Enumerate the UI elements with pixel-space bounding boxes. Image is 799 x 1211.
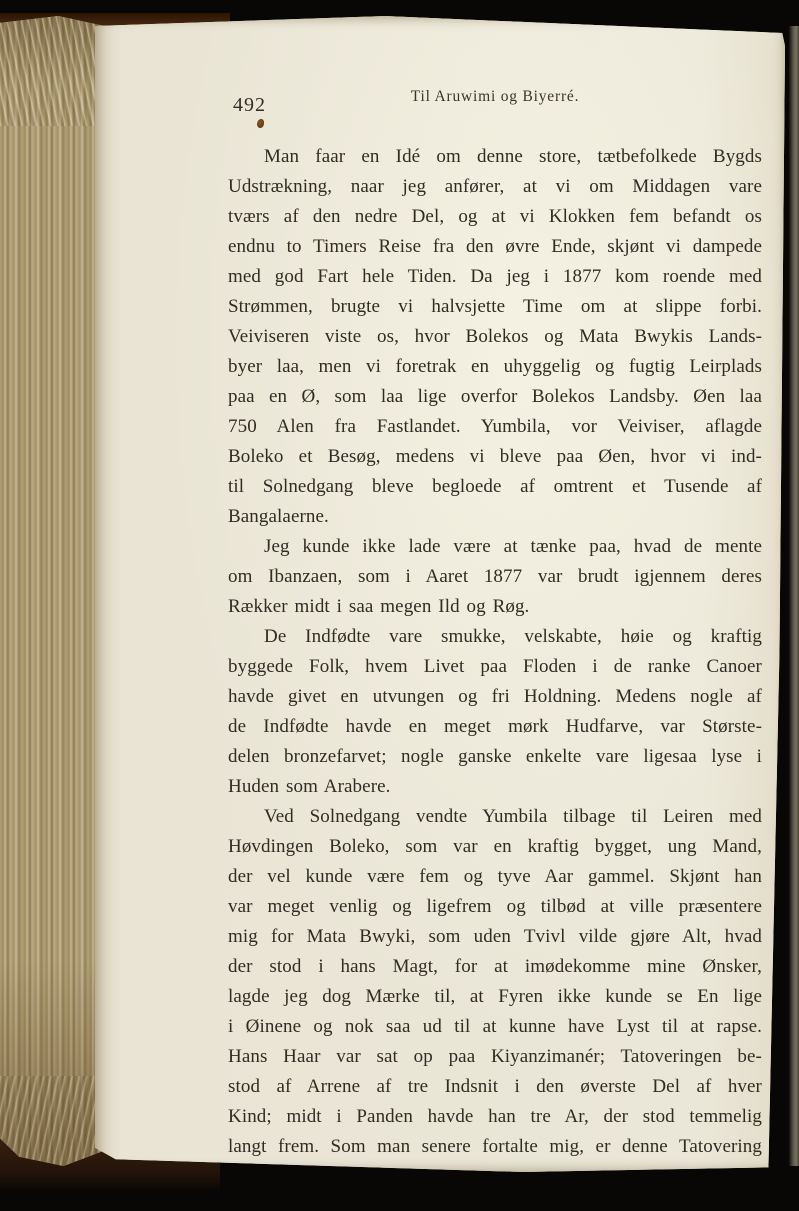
scanned-book-photo: 492 Til Aruwimi og Biyerré. Man faar en … xyxy=(0,0,799,1211)
paragraph: Jeg kunde ikke lade være at tænke paa, h… xyxy=(228,532,762,622)
text-line: Høvdingen Boleko, som var en kraftig byg… xyxy=(228,832,762,862)
text-line: langt frem. Som man senere fortalte mig,… xyxy=(228,1132,762,1162)
text-line: Veiviseren viste os, hvor Bolekos og Mat… xyxy=(228,322,762,352)
text-line: Hans Haar var sat op paa Kiyanzimanér; T… xyxy=(228,1042,762,1072)
text-line: mig for Mata Bwyki, som uden Tvivl vilde… xyxy=(228,922,762,952)
text-line: lagde jeg dog Mærke til, at Fyren ikke k… xyxy=(228,982,762,1012)
text-line: endnu to Timers Reise fra den øvre Ende,… xyxy=(228,232,762,262)
adjacent-page-edge xyxy=(789,26,799,1166)
ink-speck xyxy=(257,119,264,128)
text-line: til Solnedgang bleve begloede af omtrent… xyxy=(228,472,762,502)
page-number: 492 xyxy=(233,94,266,117)
text-line: delen bronzefarvet; nogle ganske enkelte… xyxy=(228,742,762,772)
text-line: Man faar en Idé om denne store, tætbefol… xyxy=(228,142,762,172)
text-line: de Indfødte havde en meget mørk Hudfarve… xyxy=(228,712,762,742)
paragraph: De Indfødte vare smukke, velskabte, høie… xyxy=(228,622,762,802)
page-content: 492 Til Aruwimi og Biyerré. Man faar en … xyxy=(228,88,762,106)
text-line: tværs af den nedre Del, og at vi Klokken… xyxy=(228,202,762,232)
text-line: var meget venlig og ligefrem og tilbød a… xyxy=(228,892,762,922)
text-line: havde givet en utvungen og fri Holdning.… xyxy=(228,682,762,712)
text-line: Huden som Arabere. xyxy=(228,772,762,802)
text-line: stod af Arrene af tre Indsnit i den øver… xyxy=(228,1072,762,1102)
paragraph: Ved Solnedgang vendte Yumbila tilbage ti… xyxy=(228,802,762,1162)
text-line: der vel kunde være fem og tyve Aar gamme… xyxy=(228,862,762,892)
book-fore-edge xyxy=(0,16,106,1166)
text-line: paa en Ø, som laa lige overfor Bolekos L… xyxy=(228,382,762,412)
text-line: med god Fart hele Tiden. Da jeg i 1877 k… xyxy=(228,262,762,292)
text-line: byggede Folk, hvem Livet paa Floden i de… xyxy=(228,652,762,682)
running-title: Til Aruwimi og Biyerré. xyxy=(228,88,762,106)
text-line: 750 Alen fra Fastlandet. Yumbila, vor Ve… xyxy=(228,412,762,442)
paragraph: Man faar en Idé om denne store, tætbefol… xyxy=(228,142,762,532)
text-line: Jeg kunde ikke lade være at tænke paa, h… xyxy=(228,532,762,562)
text-line: i Øinene og nok saa ud til at kunne have… xyxy=(228,1012,762,1042)
page-text: Man faar en Idé om denne store, tætbefol… xyxy=(228,142,762,1162)
text-line: Ved Solnedgang vendte Yumbila tilbage ti… xyxy=(228,802,762,832)
text-line: Strømmen, brugte vi halvsjette Time om a… xyxy=(228,292,762,322)
text-line: Boleko et Besøg, medens vi bleve paa Øen… xyxy=(228,442,762,472)
book-page: 492 Til Aruwimi og Biyerré. Man faar en … xyxy=(95,16,785,1172)
text-line: Rækker midt i saa megen Ild og Røg. xyxy=(228,592,762,622)
text-line: om Ibanzaen, som i Aaret 1877 var brudt … xyxy=(228,562,762,592)
text-line: Kind; midt i Panden havde han tre Ar, de… xyxy=(228,1102,762,1132)
text-line: Udstrækning, naar jeg anfører, at vi om … xyxy=(228,172,762,202)
text-line: byer laa, men vi foretrak en uhyggelig o… xyxy=(228,352,762,382)
text-line: Bangalaerne. xyxy=(228,502,762,532)
text-line: De Indfødte vare smukke, velskabte, høie… xyxy=(228,622,762,652)
text-line: der stod i hans Magt, for at imødekomme … xyxy=(228,952,762,982)
